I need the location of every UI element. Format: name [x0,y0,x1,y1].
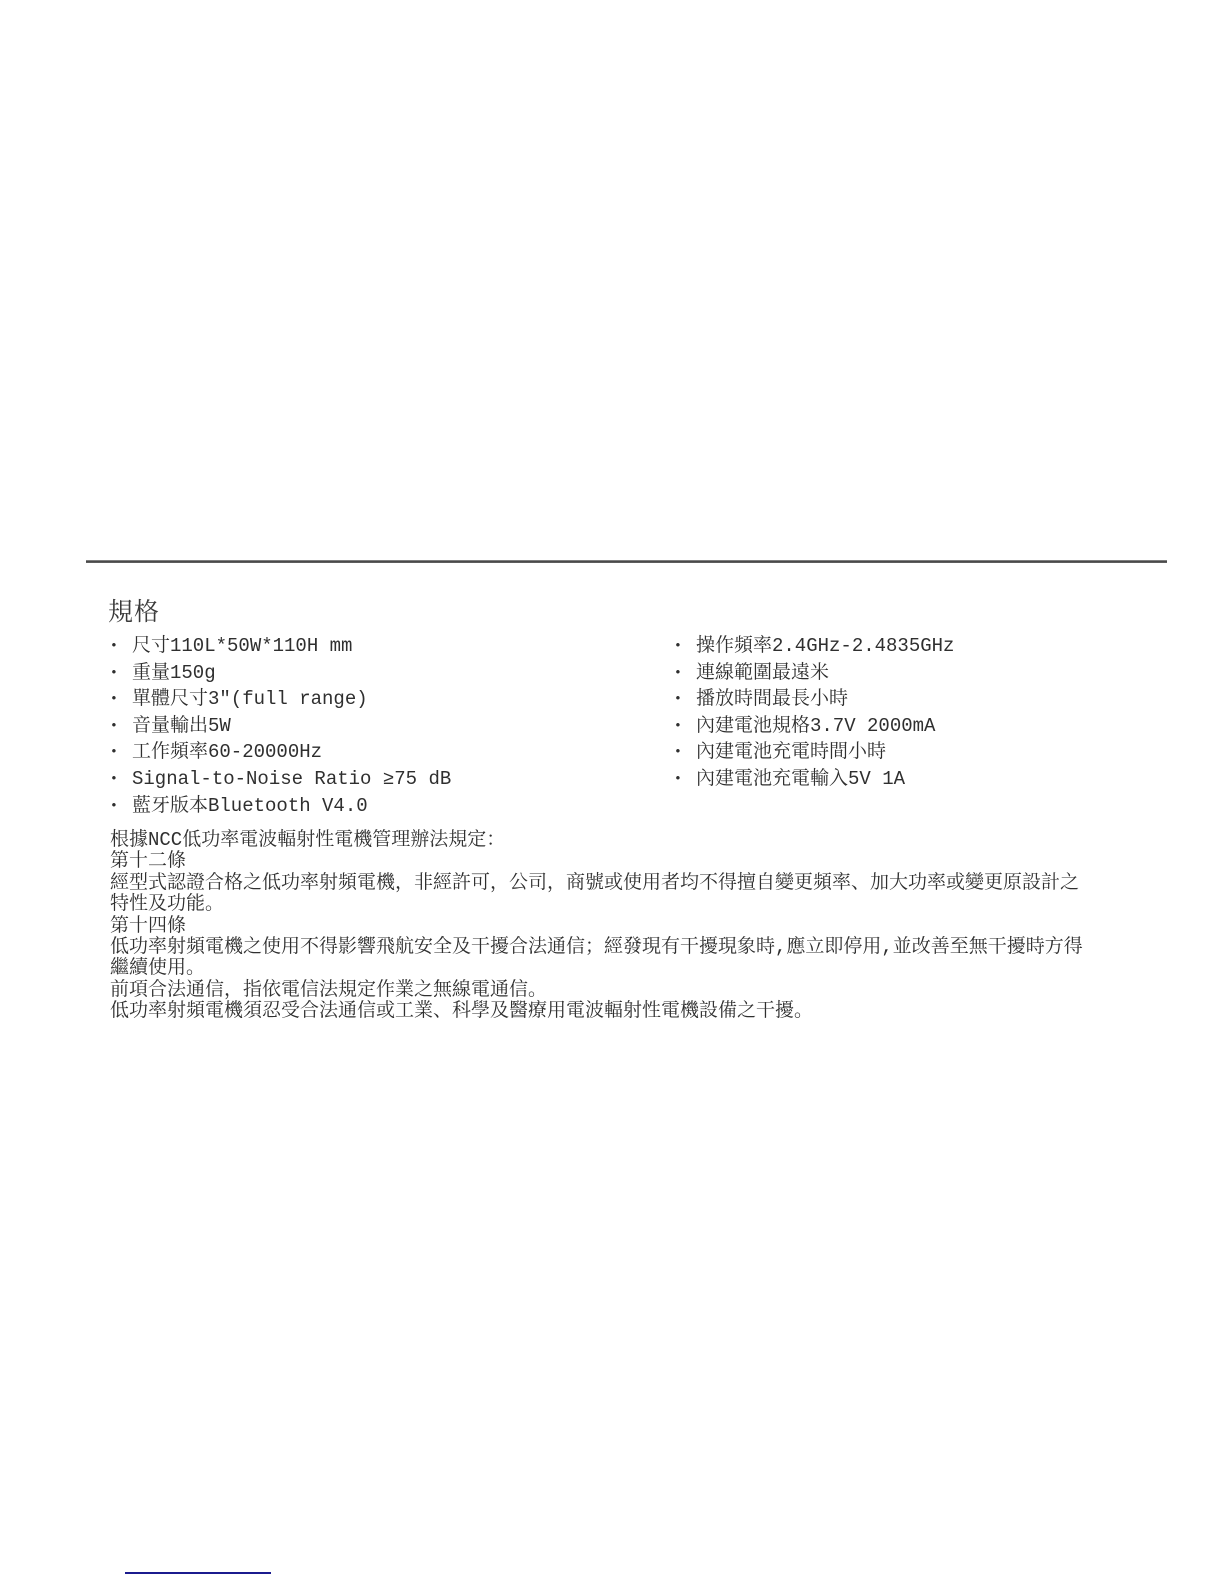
bullet-icon: • [110,793,132,820]
bullet-icon: • [674,633,696,660]
spec-item: •Signal-to-Noise Ratio ≥75 dB [110,766,451,793]
spec-item: •連線範圍最遠米 [674,660,954,687]
spec-item: •內建電池充電時間小時 [674,739,954,766]
spec-item: •重量150g [110,660,451,687]
spec-item-text: Signal-to-Noise Ratio ≥75 dB [132,768,451,790]
spec-item-text: 音量輸出5W [132,715,231,737]
bullet-icon: • [110,686,132,713]
bullet-icon: • [674,686,696,713]
spec-item-text: 尺寸110L*50W*110H mm [132,635,352,657]
spec-item-text: 重量150g [132,662,216,684]
spec-list-left: •尺寸110L*50W*110H mm •重量150g •單體尺寸3″(full… [110,633,451,819]
bullet-icon: • [110,633,132,660]
bullet-icon: • [674,766,696,793]
section-title: 規格 [108,592,160,628]
ncc-notice-line: 繼續使用。 [110,958,1083,979]
section-divider-rule [86,560,1167,563]
spec-item-text: 播放時間最長小時 [696,688,848,710]
spec-item-text: 工作頻率60-20000Hz [132,741,322,763]
ncc-notice-line: 低功率射頻電機之使用不得影響飛航安全及干擾合法通信；經發現有干擾現象時,應立即停… [110,937,1083,958]
spec-list-right: •操作頻率2.4GHz-2.4835GHz •連線範圍最遠米 •播放時間最長小時… [674,633,954,793]
bullet-icon: • [110,766,132,793]
ncc-regulation-notice: 根據NCC低功率電波輻射性電機管理辦法規定： 第十二條 經型式認證合格之低功率射… [110,830,1083,1023]
spec-item-text: 內建電池充電輸入5V 1A [696,768,905,790]
spec-item-text: 單體尺寸3″(full range) [132,688,368,710]
ncc-notice-line: 低功率射頻電機須忍受合法通信或工業、科學及醫療用電波輻射性電機設備之干擾。 [110,1001,1083,1022]
bullet-icon: • [674,739,696,766]
ncc-notice-line: 第十四條 [110,916,1083,937]
bullet-icon: • [110,660,132,687]
spec-item: •工作頻率60-20000Hz [110,739,451,766]
footer-link-underline[interactable] [125,1572,271,1574]
bullet-icon: • [674,660,696,687]
bullet-icon: • [110,713,132,740]
manual-page: 規格 •尺寸110L*50W*110H mm •重量150g •單體尺寸3″(f… [0,0,1224,1584]
spec-item-text: 操作頻率2.4GHz-2.4835GHz [696,635,954,657]
spec-item-text: 藍牙版本Bluetooth V4.0 [132,795,368,817]
ncc-notice-line: 根據NCC低功率電波輻射性電機管理辦法規定： [110,830,1083,851]
spec-item-text: 內建電池充電時間小時 [696,741,886,763]
spec-item: •尺寸110L*50W*110H mm [110,633,451,660]
spec-item: •操作頻率2.4GHz-2.4835GHz [674,633,954,660]
bullet-icon: • [674,713,696,740]
spec-item: •藍牙版本Bluetooth V4.0 [110,793,451,820]
ncc-notice-line: 特性及功能。 [110,894,1083,915]
ncc-notice-line: 第十二條 [110,851,1083,872]
spec-item: •單體尺寸3″(full range) [110,686,451,713]
spec-item-text: 內建電池規格3.7V 2000mA [696,715,935,737]
spec-item: •播放時間最長小時 [674,686,954,713]
spec-item-text: 連線範圍最遠米 [696,662,829,684]
spec-item: •音量輸出5W [110,713,451,740]
ncc-notice-line: 經型式認證合格之低功率射頻電機，非經許可，公司，商號或使用者均不得擅自變更頻率、… [110,873,1083,894]
spec-item: •內建電池充電輸入5V 1A [674,766,954,793]
bullet-icon: • [110,739,132,766]
spec-item: •內建電池規格3.7V 2000mA [674,713,954,740]
ncc-notice-line: 前項合法通信，指依電信法規定作業之無線電通信。 [110,980,1083,1001]
